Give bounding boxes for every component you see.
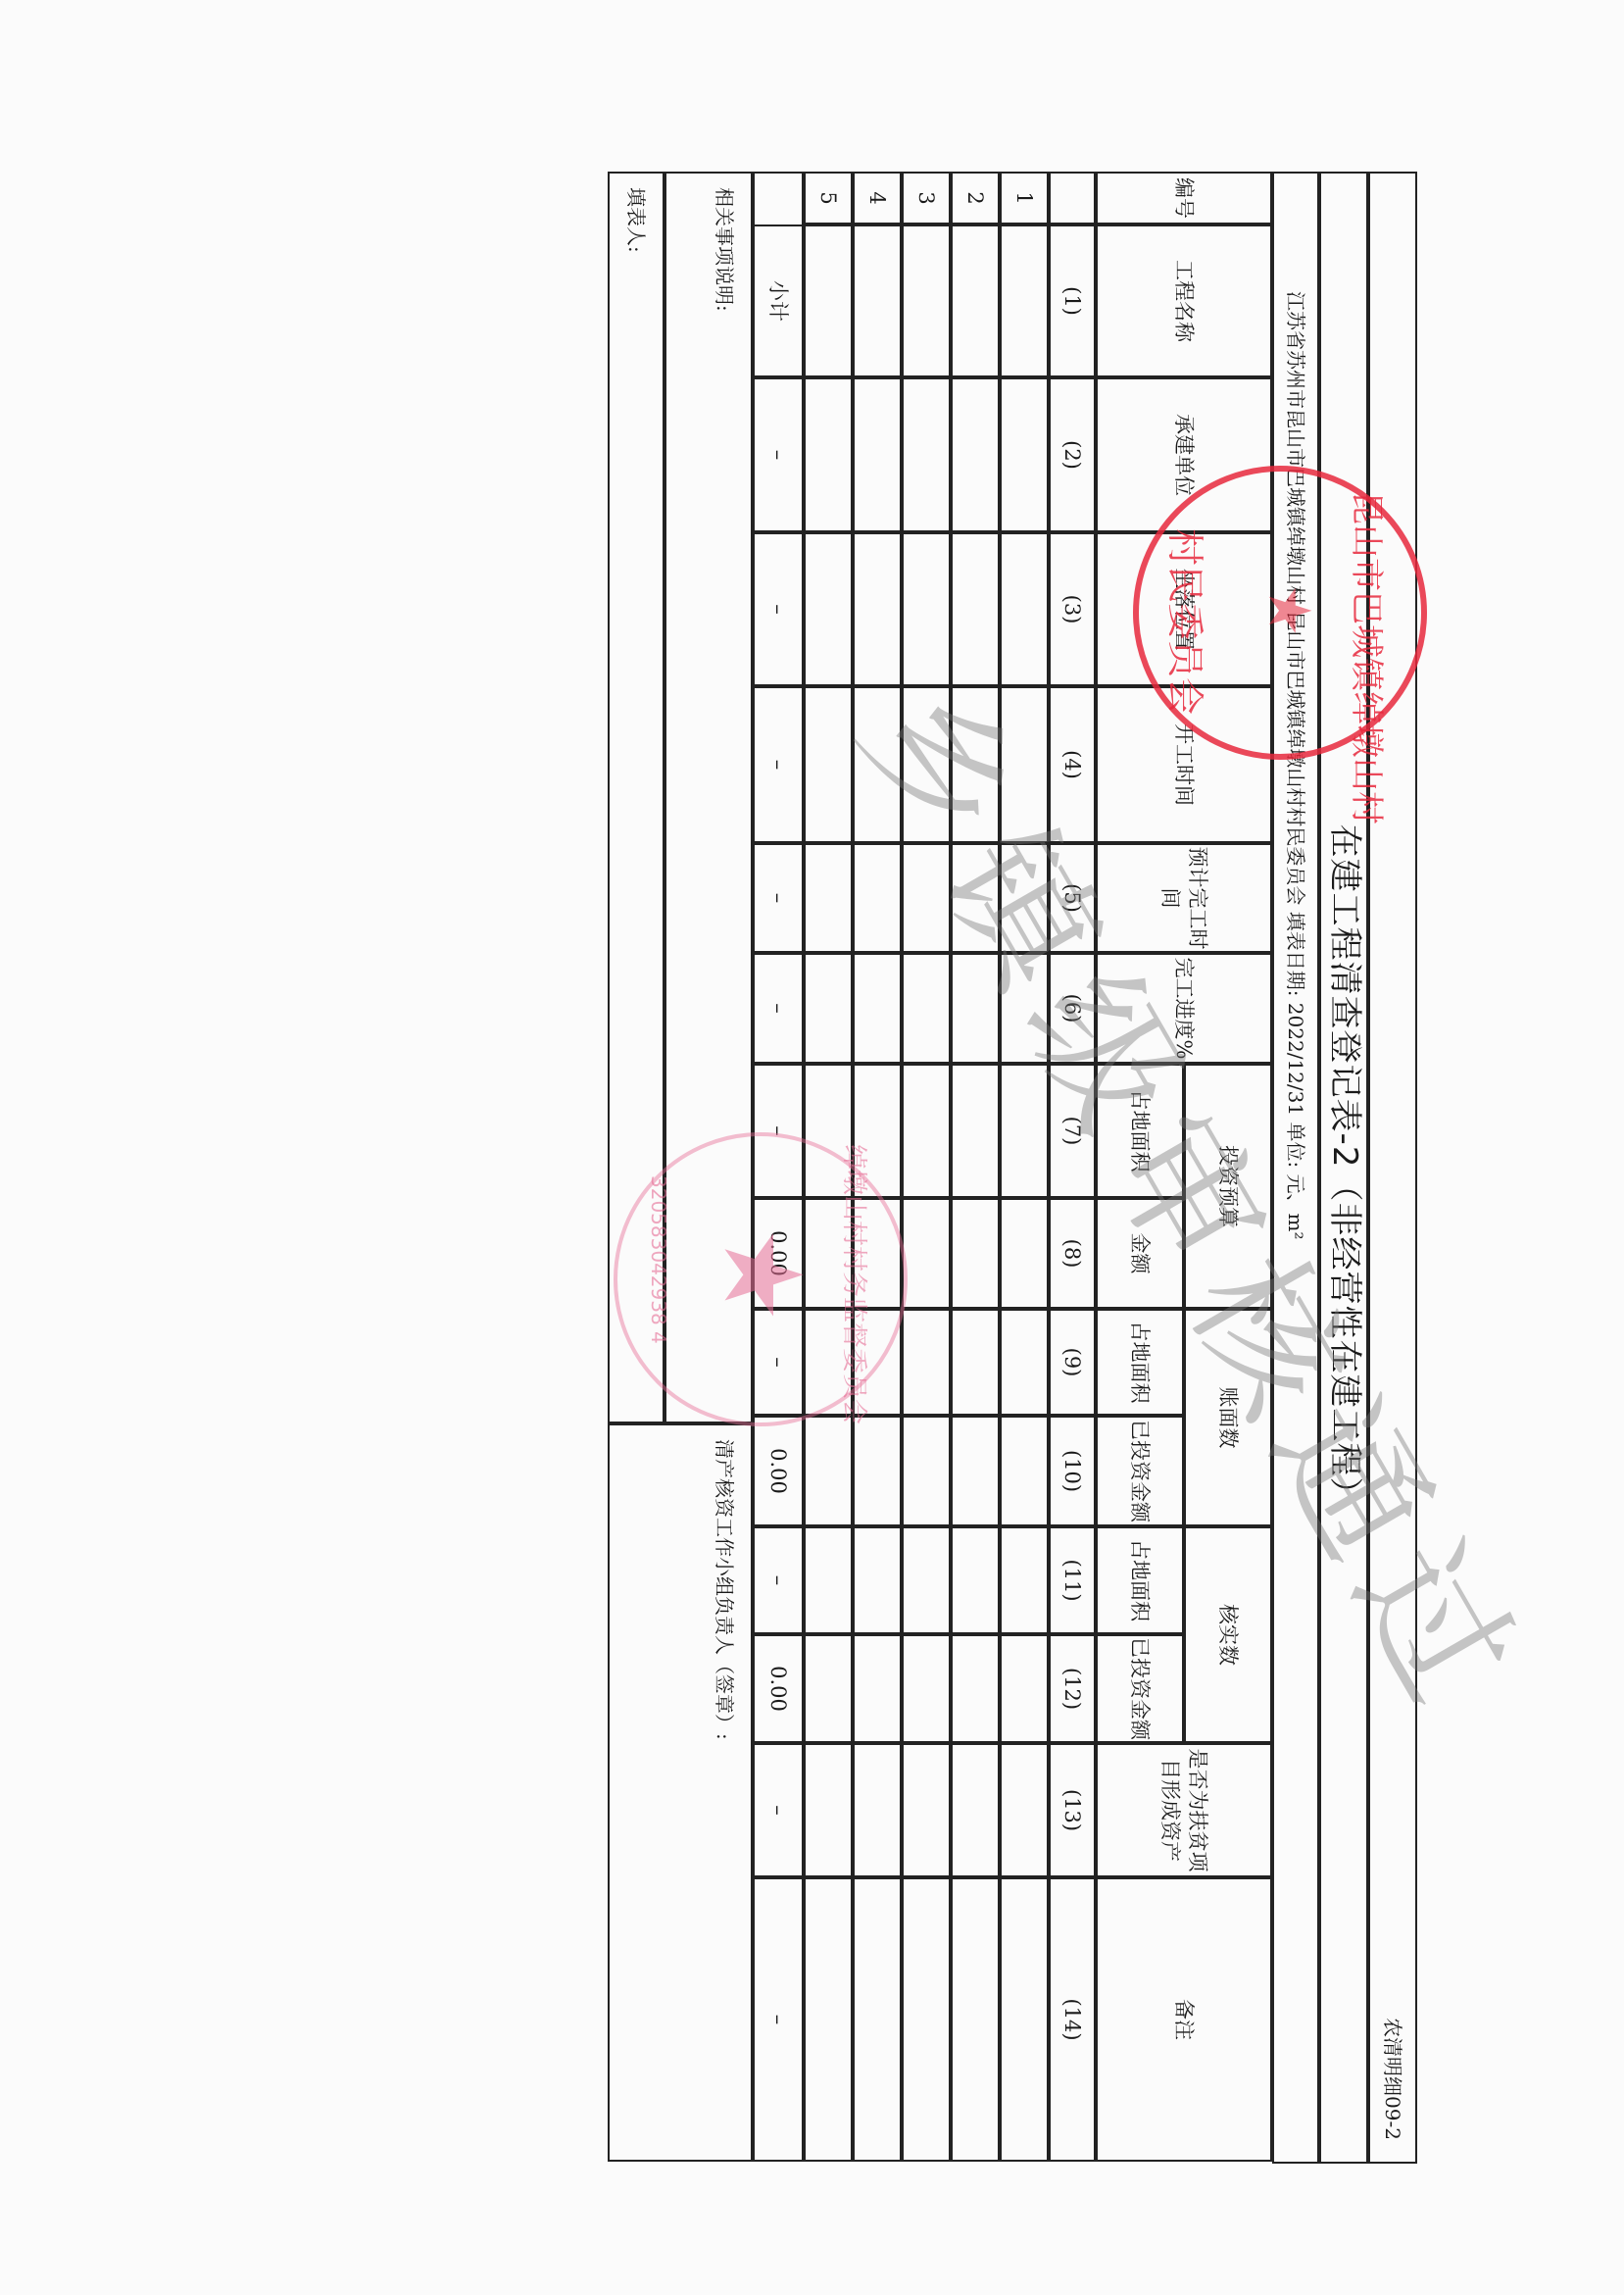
table-cell[interactable] — [902, 953, 951, 1064]
table-cell[interactable] — [804, 1526, 853, 1634]
subtotal-cell: 0.00 — [753, 1634, 804, 1743]
table-cell[interactable] — [804, 843, 853, 953]
table-cell[interactable] — [804, 532, 853, 686]
table-cell[interactable] — [853, 1309, 902, 1416]
subtotal-cell: – — [753, 377, 804, 532]
column-code: (4) — [1049, 686, 1096, 843]
column-code: (11) — [1049, 1526, 1096, 1634]
table-cell[interactable] — [902, 1526, 951, 1634]
table-cell[interactable] — [902, 843, 951, 953]
table-cell[interactable] — [804, 1309, 853, 1416]
column-code: (5) — [1049, 843, 1096, 953]
subtotal-cell: – — [753, 1526, 804, 1634]
table-cell[interactable] — [804, 953, 853, 1064]
table-cell[interactable] — [804, 1877, 853, 2162]
column-code: (2) — [1049, 377, 1096, 532]
column-code: (14) — [1049, 1877, 1096, 2162]
registration-form: 农清明细09-2在建工程清查登记表-2（非经营性在建工程）江苏省苏州市昆山市巴城… — [608, 172, 1417, 2164]
subtotal-cell: 0.00 — [753, 1198, 804, 1309]
header-verified-invested: 已投资金额 — [1096, 1634, 1184, 1743]
table-cell[interactable] — [1000, 1309, 1049, 1416]
table-cell[interactable] — [1000, 1743, 1049, 1877]
subtotal-cell: – — [753, 843, 804, 953]
code-number-cell — [1049, 172, 1096, 225]
table-cell[interactable] — [853, 532, 902, 686]
subtotal-cell: – — [753, 532, 804, 686]
column-code: (12) — [1049, 1634, 1096, 1743]
table-cell[interactable] — [1000, 1877, 1049, 2162]
header-contractor: 承建单位 — [1096, 377, 1272, 532]
row-number: 1 — [1000, 172, 1049, 225]
table-cell[interactable] — [804, 1198, 853, 1309]
header-progress: 完工进度% — [1096, 953, 1272, 1064]
table-cell[interactable] — [853, 953, 902, 1064]
table-cell[interactable] — [951, 1198, 1000, 1309]
subtotal-cell: – — [753, 1743, 804, 1877]
table-cell[interactable] — [804, 377, 853, 532]
subtotal-cell: – — [753, 953, 804, 1064]
table-cell[interactable] — [853, 1526, 902, 1634]
filler-cell[interactable]: 填表人: — [608, 172, 664, 1423]
header-project-name: 工程名称 — [1096, 225, 1272, 377]
header-poverty-asset: 是否为扶贫项目形成资产 — [1096, 1743, 1272, 1877]
table-cell[interactable] — [1000, 377, 1049, 532]
table-cell[interactable] — [951, 377, 1000, 532]
table-cell[interactable] — [951, 1064, 1000, 1198]
column-code: (1) — [1049, 225, 1096, 377]
header-budget-amount: 金额 — [1096, 1198, 1184, 1309]
info-line: 江苏省苏州市昆山市巴城镇绰墩山村 昆山市巴城镇绰墩山村村民委员会 填表日期: 2… — [1272, 172, 1319, 2164]
subtotal-cell: – — [753, 1064, 804, 1198]
table-cell[interactable] — [951, 686, 1000, 843]
subtotal-cell: – — [753, 1877, 804, 2162]
column-code: (10) — [1049, 1416, 1096, 1526]
header-budget-area: 占地面积 — [1096, 1064, 1184, 1198]
table-cell[interactable] — [1000, 532, 1049, 686]
table-cell[interactable] — [1000, 1416, 1049, 1526]
table-cell[interactable] — [902, 1743, 951, 1877]
table-cell[interactable] — [804, 1634, 853, 1743]
leader-signature-cell[interactable]: 清产核资工作小组负责人（签章）: — [608, 1423, 753, 2162]
subtotal-label: 小计 — [753, 225, 804, 377]
table-cell[interactable] — [902, 686, 951, 843]
table-cell[interactable] — [902, 1309, 951, 1416]
table-cell[interactable] — [951, 1309, 1000, 1416]
table-cell[interactable] — [804, 1064, 853, 1198]
header-location: 坐落位置 — [1096, 532, 1272, 686]
column-code: (7) — [1049, 1064, 1096, 1198]
row-number: 2 — [951, 172, 1000, 225]
column-code: (8) — [1049, 1198, 1096, 1309]
table-cell[interactable] — [804, 686, 853, 843]
table-cell[interactable] — [853, 225, 902, 377]
column-code: (6) — [1049, 953, 1096, 1064]
table-cell[interactable] — [1000, 686, 1049, 843]
column-code: (3) — [1049, 532, 1096, 686]
table-cell[interactable] — [1000, 225, 1049, 377]
header-budget-group: 投资预算 — [1184, 1064, 1272, 1309]
form-code-row: 农清明细09-2 — [1368, 172, 1417, 2164]
header-expected-completion: 预计完工时间 — [1096, 843, 1272, 953]
table-cell[interactable] — [951, 1634, 1000, 1743]
table-cell[interactable] — [804, 225, 853, 377]
table-cell[interactable] — [902, 1634, 951, 1743]
title-row: 在建工程清查登记表-2（非经营性在建工程） — [1319, 172, 1368, 2164]
row-number: 4 — [853, 172, 902, 225]
table-cell[interactable] — [902, 1064, 951, 1198]
table-cell[interactable] — [853, 1064, 902, 1198]
table-cell[interactable] — [804, 1416, 853, 1526]
table-cell[interactable] — [1000, 1064, 1049, 1198]
table-cell[interactable] — [853, 686, 902, 843]
header-book-area: 占地面积 — [1096, 1309, 1184, 1416]
header-book-group: 账面数 — [1184, 1309, 1272, 1526]
table-cell[interactable] — [951, 225, 1000, 377]
table-cell[interactable] — [853, 1198, 902, 1309]
table-cell[interactable] — [853, 1634, 902, 1743]
table-cell[interactable] — [951, 532, 1000, 686]
table-cell[interactable] — [853, 843, 902, 953]
table-cell[interactable] — [902, 1877, 951, 2162]
table-cell[interactable] — [1000, 1198, 1049, 1309]
table-cell[interactable] — [951, 1877, 1000, 2162]
table-cell[interactable] — [853, 1877, 902, 2162]
table-cell[interactable] — [951, 1416, 1000, 1526]
header-remarks: 备注 — [1096, 1877, 1272, 2162]
table-cell[interactable] — [1000, 953, 1049, 1064]
table-cell[interactable] — [951, 1743, 1000, 1877]
subtotal-cell: – — [753, 1309, 804, 1416]
form-grid: 农清明细09-2在建工程清查登记表-2（非经营性在建工程）江苏省苏州市昆山市巴城… — [608, 172, 1417, 2164]
table-cell[interactable] — [1000, 1526, 1049, 1634]
header-verified-area: 占地面积 — [1096, 1526, 1184, 1634]
subtotal-cell: 0.00 — [753, 1416, 804, 1526]
table-cell[interactable] — [902, 225, 951, 377]
row-number: 3 — [902, 172, 951, 225]
table-cell[interactable] — [1000, 843, 1049, 953]
header-book-invested: 已投资金额 — [1096, 1416, 1184, 1526]
table-cell[interactable] — [902, 377, 951, 532]
table-cell[interactable] — [902, 1416, 951, 1526]
header-number: 编号 — [1096, 172, 1272, 225]
header-start-date: 开工时间 — [1096, 686, 1272, 843]
subtotal-cell: – — [753, 686, 804, 843]
table-cell[interactable] — [853, 1416, 902, 1526]
table-cell[interactable] — [853, 1743, 902, 1877]
header-verified-group: 核实数 — [1184, 1526, 1272, 1743]
table-cell[interactable] — [902, 532, 951, 686]
table-cell[interactable] — [951, 843, 1000, 953]
row-number: 5 — [804, 172, 853, 225]
table-cell[interactable] — [804, 1743, 853, 1877]
table-cell[interactable] — [951, 953, 1000, 1064]
table-cell[interactable] — [853, 377, 902, 532]
notes-cell: 相关事项说明: — [664, 172, 753, 1423]
column-code: (13) — [1049, 1743, 1096, 1877]
table-cell[interactable] — [1000, 1634, 1049, 1743]
table-cell[interactable] — [902, 1198, 951, 1309]
column-code: (9) — [1049, 1309, 1096, 1416]
table-cell[interactable] — [951, 1526, 1000, 1634]
